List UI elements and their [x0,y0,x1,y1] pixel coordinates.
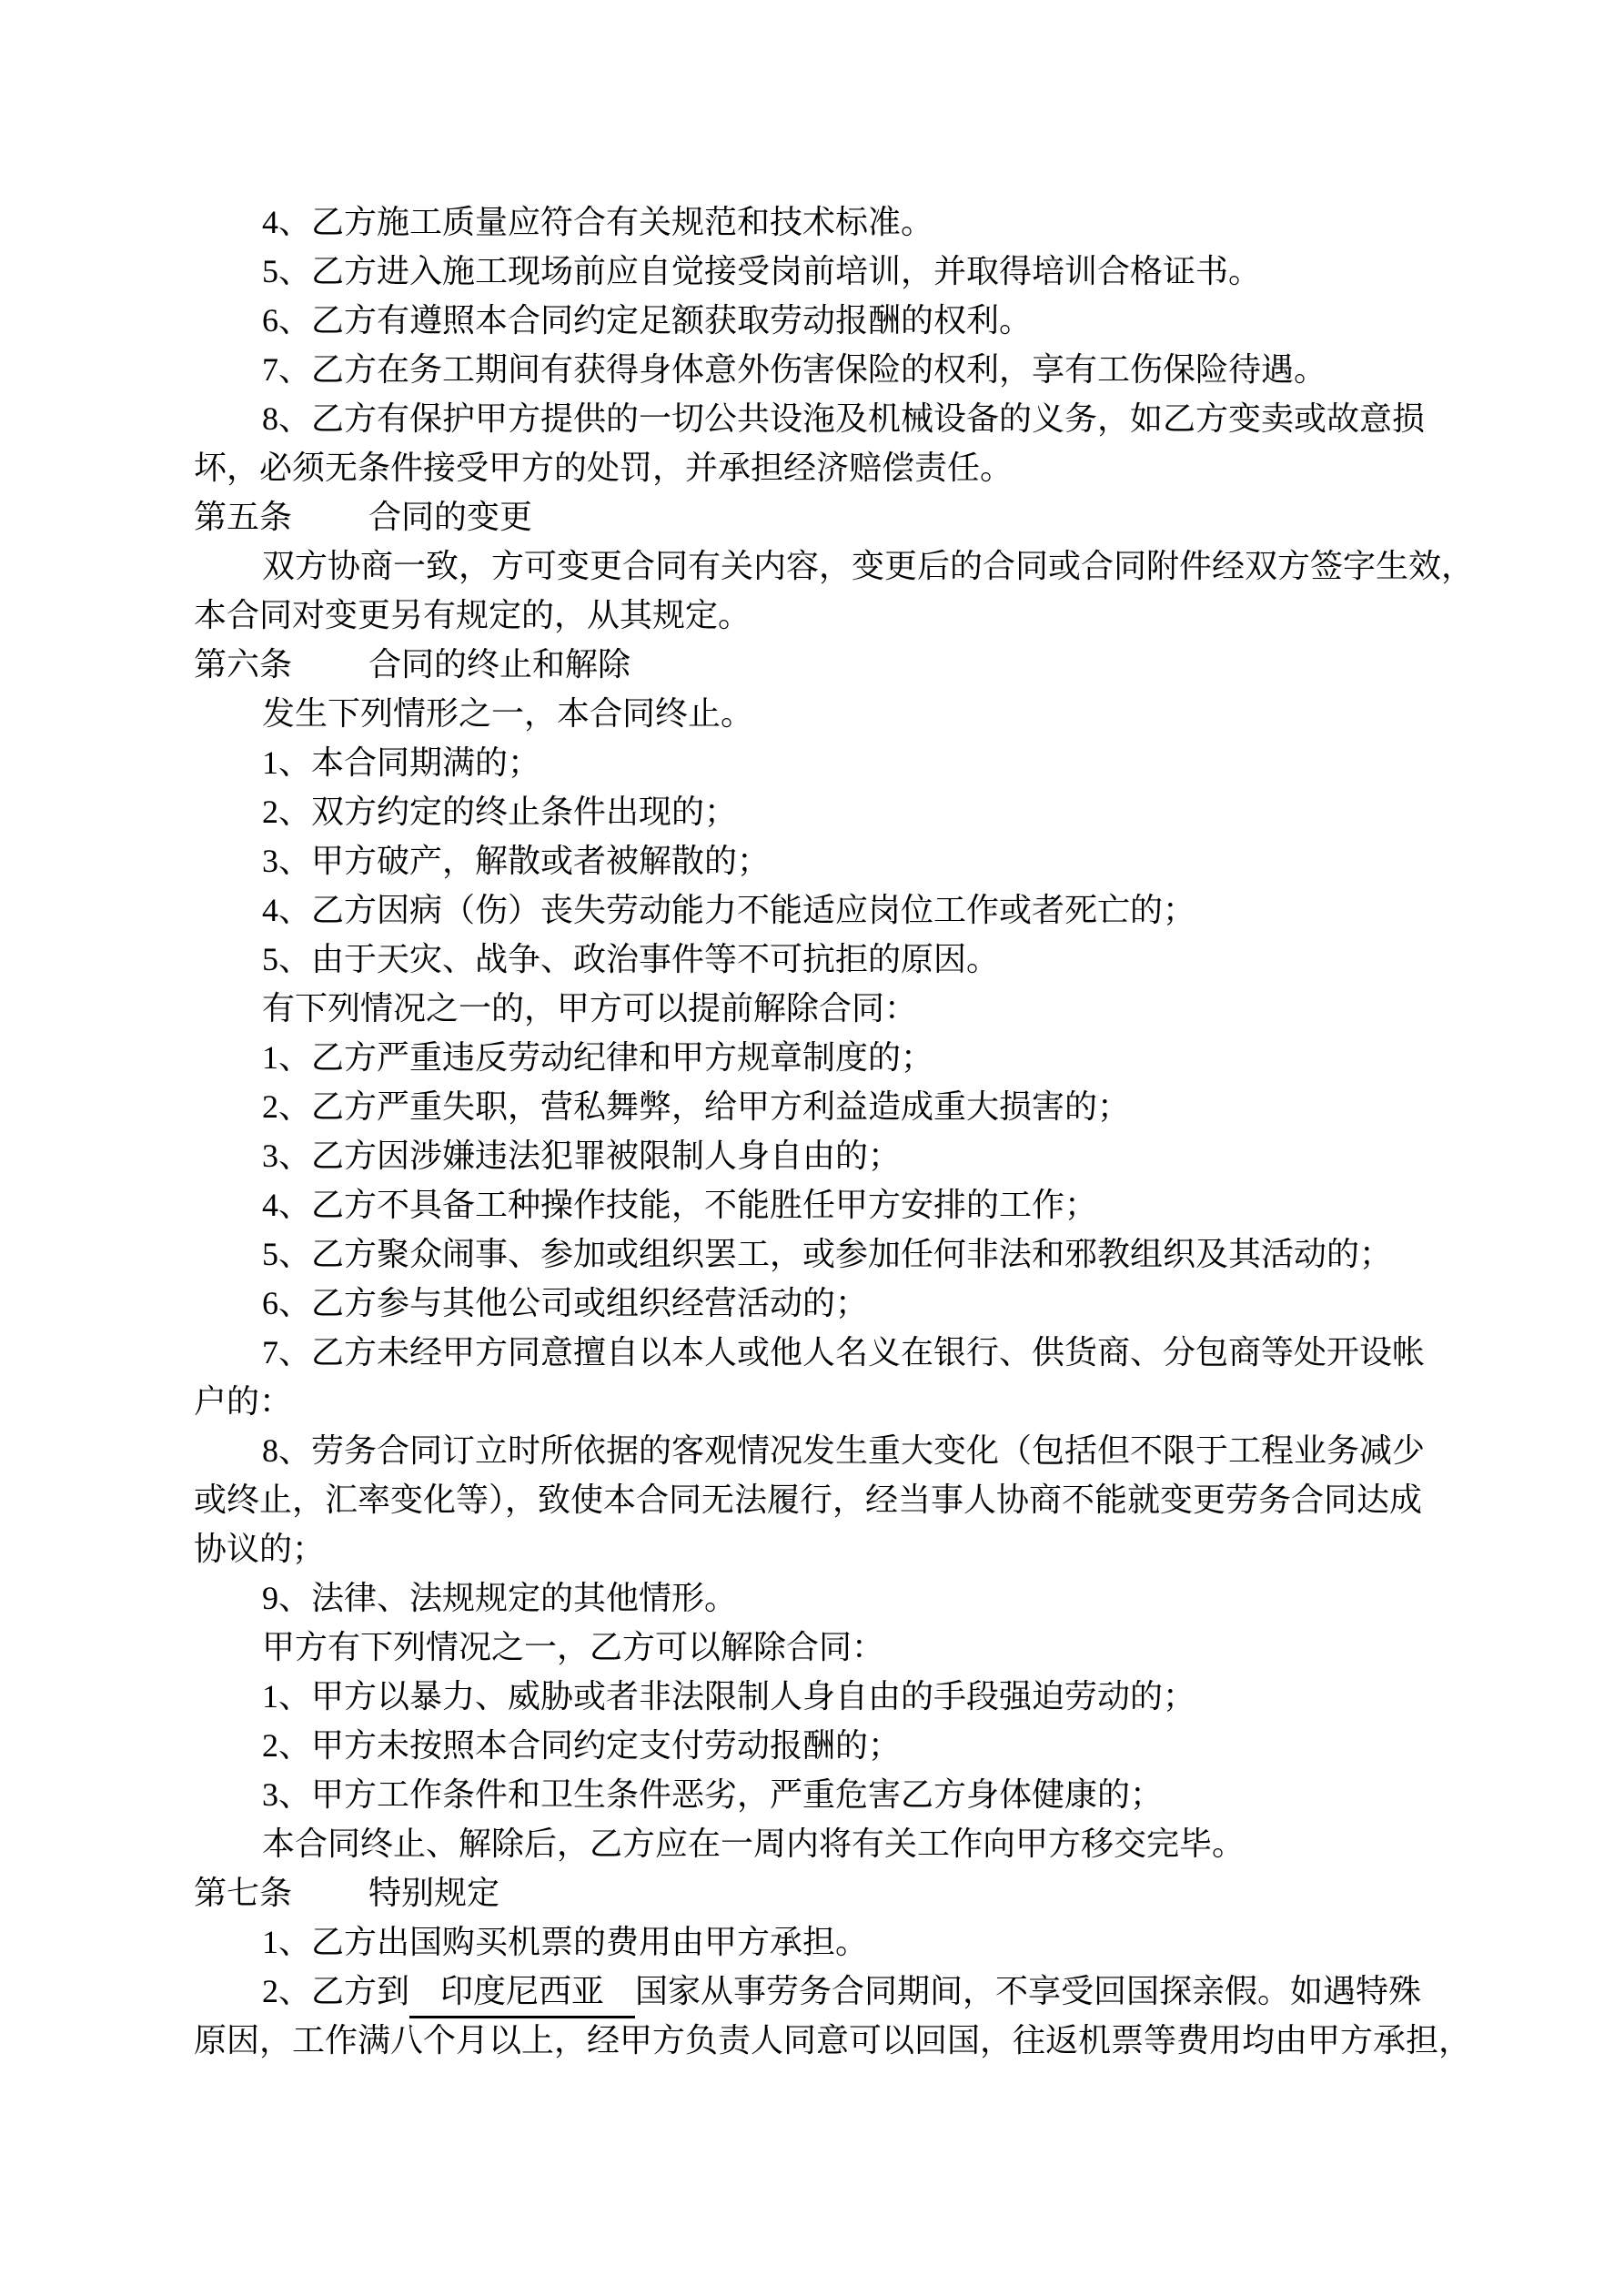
filled-blank-country: 印度尼西亚 [409,1967,635,2018]
contract-line: 7、乙方在务工期间有获得身体意外伤害保险的权利，享有工伤保险待遇。 [194,345,1513,394]
clause-heading: 第七条特别规定 [194,1868,1513,1917]
contract-line: 3、甲方工作条件和卫生条件恶劣，严重危害乙方身体健康的； [194,1770,1513,1819]
contract-body: 4、乙方施工质量应符合有关规范和技术标准。5、乙方进入施工现场前应自觉接受岗前培… [194,197,1513,2065]
contract-line: 6、乙方有遵照本合同约定足额获取劳动报酬的权利。 [194,296,1513,345]
contract-line-continuation: 或终止，汇率变化等），致使本合同无法履行，经当事人协商不能就变更劳务合同达成 [194,1475,1513,1524]
contract-line: 发生下列情形之一，本合同终止。 [194,689,1513,738]
contract-line: 5、由于天灾、战争、政治事件等不可抗拒的原因。 [194,935,1513,984]
contract-line: 8、乙方有保护甲方提供的一切公共设沲及机械设备的义务，如乙方变卖或故意损 [194,394,1513,443]
contract-line: 4、乙方施工质量应符合有关规范和技术标准。 [194,197,1513,247]
contract-line: 2、乙方严重失职，营私舞弊，给甲方利益造成重大损害的； [194,1082,1513,1131]
contract-line: 5、乙方聚众闹事、参加或组织罢工，或参加任何非法和邪教组织及其活动的； [194,1229,1513,1279]
clause-heading: 第五条合同的变更 [194,492,1513,541]
contract-line: 1、乙方出国购买机票的费用由甲方承担。 [194,1917,1513,1967]
contract-line: 2、双方约定的终止条件出现的； [194,787,1513,836]
clause-title: 合同的变更 [368,499,532,535]
contract-line: 1、乙方严重违反劳动纪律和甲方规章制度的； [194,1033,1513,1082]
clause-number: 第六条 [194,646,292,683]
contract-line: 2、甲方未按照本合同约定支付劳动报酬的； [194,1721,1513,1770]
clause-title: 特别规定 [368,1875,499,1911]
contract-line-continuation: 原因，工作满八个月以上，经甲方负责人同意可以回国，往返机票等费用均由甲方承担， [194,2016,1513,2065]
blank-suffix-text: 国家从事劳务合同期间，不享受回国探亲假。如遇特殊 [635,1973,1421,2009]
contract-line: 1、甲方以暴力、威胁或者非法限制人身自由的手段强迫劳动的； [194,1672,1513,1721]
contract-line: 有下列情况之一的，甲方可以提前解除合同： [194,984,1513,1033]
contract-line: 甲方有下列情况之一，乙方可以解除合同： [194,1623,1513,1672]
clause-number: 第五条 [194,499,292,535]
clause-gap [292,1903,368,1904]
contract-line: 本合同终止、解除后，乙方应在一周内将有关工作向甲方移交完毕。 [194,1819,1513,1868]
clause-heading: 第六条合同的终止和解除 [194,640,1513,689]
clause-number: 第七条 [194,1875,292,1911]
contract-line: 3、甲方破产，解散或者被解散的； [194,836,1513,885]
contract-line: 5、乙方进入施工现场前应自觉接受岗前培训，并取得培训合格证书。 [194,247,1513,296]
contract-line: 双方协商一致，方可变更合同有关内容，变更后的合同或合同附件经双方签字生效， [194,541,1513,591]
contract-line: 9、法律、法规规定的其他情形。 [194,1573,1513,1623]
contract-line-continuation: 本合同对变更另有规定的，从其规定。 [194,591,1513,640]
contract-line-continuation: 户的： [194,1377,1513,1426]
contract-line: 7、乙方未经甲方同意擅自以本人或他人名义在银行、供货商、分包商等处开设帐 [194,1328,1513,1377]
contract-line: 8、劳务合同订立时所依据的客观情况发生重大变化（包括但不限于工程业务减少 [194,1426,1513,1475]
contract-page: 4、乙方施工质量应符合有关规范和技术标准。5、乙方进入施工现场前应自觉接受岗前培… [0,0,1624,2296]
contract-line: 3、乙方因涉嫌违法犯罪被限制人身自由的； [194,1131,1513,1180]
contract-line: 6、乙方参与其他公司或组织经营活动的； [194,1279,1513,1328]
contract-line: 2、乙方到印度尼西亚国家从事劳务合同期间，不享受回国探亲假。如遇特殊 [194,1967,1513,2016]
contract-line: 4、乙方不具备工种操作技能，不能胜任甲方安排的工作； [194,1180,1513,1229]
clause-gap [292,674,368,675]
contract-line-continuation: 协议的； [194,1524,1513,1573]
contract-line-continuation: 坏，必须无条件接受甲方的处罚，并承担经济赔偿责任。 [194,443,1513,492]
clause-gap [292,527,368,528]
clause-title: 合同的终止和解除 [368,646,630,683]
contract-line: 4、乙方因病（伤）丧失劳动能力不能适应岗位工作或者死亡的； [194,885,1513,935]
contract-line: 1、本合同期满的； [194,738,1513,787]
blank-prefix-text: 2、乙方到 [262,1973,409,2009]
